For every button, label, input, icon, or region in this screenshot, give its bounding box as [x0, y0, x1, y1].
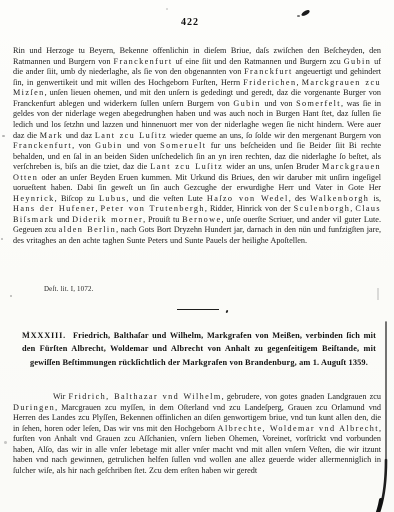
text-run: und — [54, 215, 72, 224]
charter-1359-text: Wir Fridrich, Balthazar vnd Wilhelm, geb… — [13, 392, 381, 476]
charter-summary: Friedrich, Balthaſar und Wilhelm, Markgr… — [22, 331, 376, 367]
ink-speck — [301, 9, 311, 17]
footnote-citation: Deſt. lit. I, 1072. — [44, 286, 94, 293]
spaced-proper-name: Fridrich, Balthazar vnd Wilhelm — [69, 392, 222, 401]
spaced-proper-name: Franckenfurt — [113, 57, 172, 66]
text-run: wider an uns, unſen Bruder — [223, 162, 322, 171]
spaced-proper-name: Gubin — [344, 57, 371, 66]
ink-speck-tail — [297, 15, 300, 17]
spaced-proper-name: Duringen — [13, 403, 55, 412]
spaced-proper-name: Gubin — [233, 99, 260, 108]
paper-speck — [4, 441, 7, 444]
paper-speck — [166, 8, 168, 10]
page-number: 422 — [0, 17, 380, 28]
spaced-proper-name: Lant zcu Luſitz — [95, 131, 167, 140]
text-run: und von — [123, 141, 161, 150]
text-run: , Prouiſt tu — [143, 215, 182, 224]
spaced-proper-name: Lant zcu Luſitz — [150, 162, 223, 171]
spaced-proper-name: Sculenborgh — [294, 204, 351, 213]
spaced-proper-name: Gubin — [95, 141, 122, 150]
charter-number: MXXXIII. — [22, 331, 73, 340]
spaced-proper-name: Somerfelt — [296, 99, 341, 108]
text-run: uf eine ſiit und den Ratmannen und Burge… — [173, 57, 344, 66]
spaced-proper-name: Franckfurt — [244, 67, 293, 76]
spaced-proper-name: Albrechte, Woldemar vnd Albrecht — [218, 424, 379, 433]
spaced-proper-name: Bernowe — [182, 215, 221, 224]
spaced-proper-name: Haſzo von Wedel — [207, 194, 289, 203]
divider-dot — [226, 310, 229, 314]
paper-speck — [2, 135, 5, 137]
spaced-proper-name: Franckenfurt — [13, 141, 72, 150]
spaced-proper-name: Walkenborgh — [310, 194, 369, 203]
text-run: is, — [369, 194, 381, 203]
paper-speck — [1, 238, 3, 240]
text-run: , Ridder, Hinrick von der — [205, 204, 294, 213]
spaced-proper-name: alden Berlin — [59, 225, 117, 234]
spaced-proper-name: Heynrick — [13, 194, 55, 203]
text-run: , gebrudere, von gotes gnaden Landgrauen… — [222, 392, 381, 401]
text-run: und von — [261, 99, 296, 108]
text-run: Wir — [53, 392, 69, 401]
text-run: , von — [72, 141, 95, 150]
charter-heading: MXXXIII.Friedrich, Balthaſar und Wilhelm… — [22, 329, 376, 369]
charter-1059-text: Rin und Herzoge tu Beyern, Bekenne offen… — [13, 46, 381, 246]
spaced-proper-name: Peter von Trutenbergh — [101, 204, 205, 213]
scanned-page: 422 Rin und Herzoge tu Beyern, Bekenne o… — [0, 0, 394, 512]
text-run: wieder queme an uns, ſo ſolde wir den me… — [167, 131, 381, 140]
spaced-proper-name: Mark — [40, 131, 63, 140]
spaced-proper-name: Someruelt — [160, 141, 206, 150]
spaced-proper-name: Hans der Hufener — [13, 204, 95, 213]
text-run: , Biſcop zu — [55, 194, 99, 203]
spaced-proper-name: Diderik morner — [72, 215, 143, 224]
text-run: , des — [289, 194, 310, 203]
text-run: und daz — [63, 131, 95, 140]
spaced-proper-name: Friderichen — [243, 78, 296, 87]
text-run: , und die veſten Lute — [126, 194, 206, 203]
section-divider-rule — [177, 309, 219, 310]
paper-speck — [10, 295, 12, 297]
text-run: oder an unſer Beyden Eruen kummen. Mit U… — [13, 173, 381, 193]
spaced-proper-name: Lubus — [99, 194, 126, 203]
